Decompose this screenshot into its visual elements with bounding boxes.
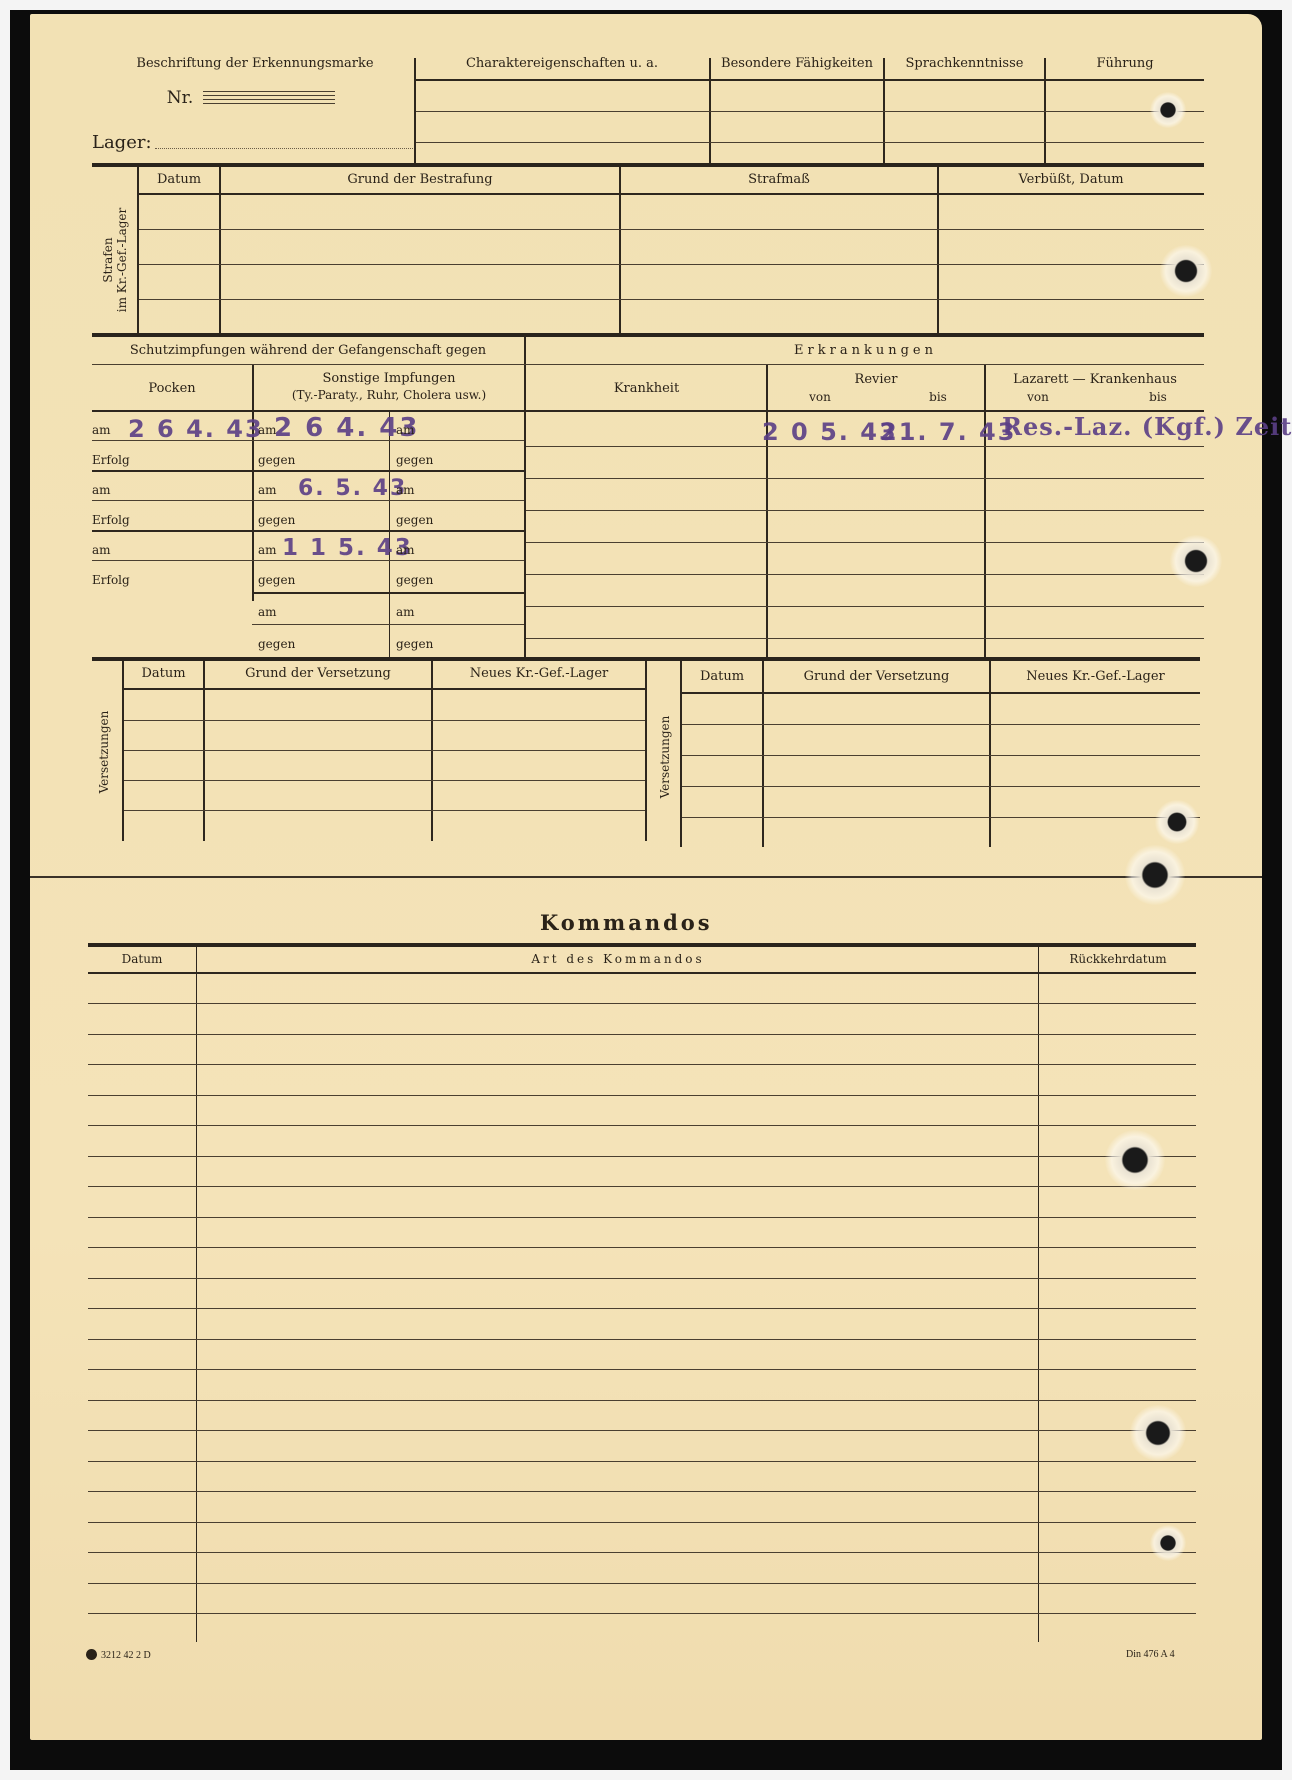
erkennungsmarke-label: Beschriftung der Erkennungsmarke (130, 56, 380, 71)
header-entry-area[interactable] (416, 81, 1204, 164)
sonstige-gegen-2: gegen (258, 513, 295, 527)
lazarett-stamp[interactable]: Res.-Laz. (Kgf.) Zeithain (1002, 412, 1292, 441)
divider (645, 661, 647, 841)
kommandos-row-line (88, 1156, 1196, 1157)
pocken-am-3: am (92, 543, 111, 557)
versetzungen-right-entry-area[interactable] (682, 694, 1200, 846)
damage-hole (1150, 92, 1186, 128)
kommandos-row-line (88, 1186, 1196, 1187)
kommandos-row-line (88, 1278, 1196, 1279)
versetzungen-left-entry-area[interactable] (124, 690, 645, 840)
sonstige-am-2: am (258, 483, 277, 497)
versetzungen-left-col-lager: Neues Kr.-Gef.-Lager (433, 666, 645, 681)
kommandos-row-line (88, 1339, 1196, 1340)
lazarett-label: Lazarett — Krankenhaus (986, 372, 1204, 387)
divider (196, 947, 197, 1642)
kommandos-row-line (88, 1217, 1196, 1218)
strafen-col-strafmass: Strafmaß (621, 172, 937, 187)
print-code: 3212 42 2 D (86, 1649, 151, 1661)
strafen-side-label-1: Strafen (101, 200, 115, 320)
kommandos-row-line (88, 1247, 1196, 1248)
rule (92, 530, 524, 532)
pocken-date-1[interactable]: 2 6 4. 43 (128, 415, 264, 443)
sonstige-am-4: am (258, 605, 277, 619)
erkrankungen-title: Erkrankungen (527, 343, 1204, 358)
damage-hole (1155, 800, 1199, 844)
sonstige-date-3[interactable]: 1 1 5. 43 (282, 535, 413, 561)
kommandos-row-line (88, 1430, 1196, 1431)
nr-label: Nr. (160, 88, 200, 108)
revier-von-label: von (800, 390, 840, 404)
sonstige2-am-3: am (396, 543, 415, 557)
col-charakter: Charaktereigenschaften u. a. (416, 56, 708, 71)
pocken-erfolg-3: Erfolg (92, 573, 130, 587)
kommandos-row-line (88, 1034, 1196, 1035)
sonstige2-gegen-1: gegen (396, 453, 433, 467)
print-code-text: 3212 42 2 D (101, 1650, 151, 1661)
kommandos-row-line (88, 1064, 1196, 1065)
kommandos-row-line (88, 1552, 1196, 1553)
din-label: Din 476 A 4 (1126, 1649, 1175, 1660)
revier-label: Revier (768, 372, 984, 387)
sonstige2-gegen-4: gegen (396, 637, 433, 651)
pocken-erfolg-1: Erfolg (92, 453, 130, 467)
versetzungen-side-label-right: Versetzungen (658, 697, 672, 817)
kommandos-row-line (88, 1491, 1196, 1492)
col-fuehrung: Führung (1046, 56, 1204, 71)
lager-label: Lager: (92, 132, 152, 153)
kommandos-col-art: Art des Kommandos (198, 952, 1038, 966)
publisher-logo-icon (86, 1649, 97, 1660)
damage-hole (1130, 1405, 1186, 1461)
strafen-col-grund: Grund der Bestrafung (221, 172, 619, 187)
rule (92, 163, 1204, 167)
kommandos-row-line (88, 1095, 1196, 1096)
versetzungen-right-col-grund: Grund der Versetzung (764, 669, 989, 684)
kommandos-row-line (88, 1369, 1196, 1370)
damage-hole (1105, 1130, 1165, 1190)
strafen-side-label-2: im Kr.-Gef.-Lager (115, 200, 129, 320)
kommandos-row-line (88, 1308, 1196, 1309)
versetzungen-right-col-datum: Datum (682, 669, 762, 684)
strafen-col-datum: Datum (139, 172, 219, 187)
damage-hole (1170, 535, 1222, 587)
strafen-side-label: Strafen im Kr.-Gef.-Lager (101, 200, 129, 320)
versetzungen-left-col-grund: Grund der Versetzung (205, 666, 431, 681)
strafen-entry-area[interactable] (139, 195, 1204, 333)
sonstige2-gegen-2: gegen (396, 513, 433, 527)
divider (1038, 947, 1039, 1642)
rule (88, 972, 1196, 974)
pocken-am-2: am (92, 483, 111, 497)
lazarett-bis-label: bis (1138, 390, 1178, 404)
sonstige2-gegen-3: gegen (396, 573, 433, 587)
damage-hole (1150, 1525, 1186, 1561)
rule (252, 624, 524, 625)
fold-line (30, 876, 1262, 878)
rule (92, 333, 1204, 337)
sonstige-am-3: am (258, 543, 277, 557)
revier-bis-date[interactable]: 21. 7. 43 (880, 418, 1016, 446)
kommandos-row-line (88, 1583, 1196, 1584)
versetzungen-side-label-left: Versetzungen (97, 692, 111, 812)
kommandos-title: Kommandos (540, 910, 713, 935)
rule (92, 470, 524, 472)
sonstige-date-2[interactable]: 6. 5. 43 (298, 476, 407, 501)
krankheit-label: Krankheit (527, 381, 766, 396)
kommandos-row-line (88, 1400, 1196, 1401)
kommandos-row-line (88, 1522, 1196, 1523)
rule (88, 943, 1196, 947)
lager-field[interactable] (155, 148, 415, 149)
col-faehigkeiten: Besondere Fähigkeiten (711, 56, 883, 71)
kommandos-row-line (88, 1461, 1196, 1462)
lazarett-von-label: von (1018, 390, 1058, 404)
pocken-label: Pocken (92, 381, 252, 396)
sonstige-gegen-4: gegen (258, 637, 295, 651)
strafen-col-verbuesst: Verbüßt, Datum (939, 172, 1203, 187)
pocken-erfolg-2: Erfolg (92, 513, 130, 527)
sonstige-label: Sonstige Impfungen (254, 371, 524, 386)
sonstige2-am-2: am (396, 483, 415, 497)
sonstige2-am-4: am (396, 605, 415, 619)
sonstige2-am-1: am (396, 423, 415, 437)
revier-bis-label: bis (918, 390, 958, 404)
sonstige-gegen-1: gegen (258, 453, 295, 467)
impfungen-title: Schutzimpfungen während der Gefangenscha… (92, 343, 524, 358)
nr-field[interactable] (203, 91, 335, 107)
krankheit-entry-area[interactable] (526, 412, 766, 658)
pocken-am-1: am (92, 423, 111, 437)
revier-von-date[interactable]: 2 0 5. 43 (762, 418, 898, 446)
versetzungen-left-col-datum: Datum (124, 666, 203, 681)
damage-hole (1125, 845, 1185, 905)
col-sprachkenntnisse: Sprachkenntnisse (885, 56, 1044, 71)
kommandos-col-rueckkehr: Rückkehrdatum (1040, 952, 1196, 966)
kommandos-col-datum: Datum (88, 952, 196, 966)
kommandos-row-line (88, 1613, 1196, 1614)
rule (92, 364, 1204, 365)
kommandos-row-line (88, 1003, 1196, 1004)
rule (252, 592, 524, 594)
sonstige-sub-label: (Ty.-Paraty., Ruhr, Cholera usw.) (254, 388, 524, 402)
kommandos-row-line (88, 1125, 1196, 1126)
sonstige-gegen-3: gegen (258, 573, 295, 587)
damage-hole (1160, 245, 1212, 297)
versetzungen-right-col-lager: Neues Kr.-Gef.-Lager (991, 669, 1200, 684)
